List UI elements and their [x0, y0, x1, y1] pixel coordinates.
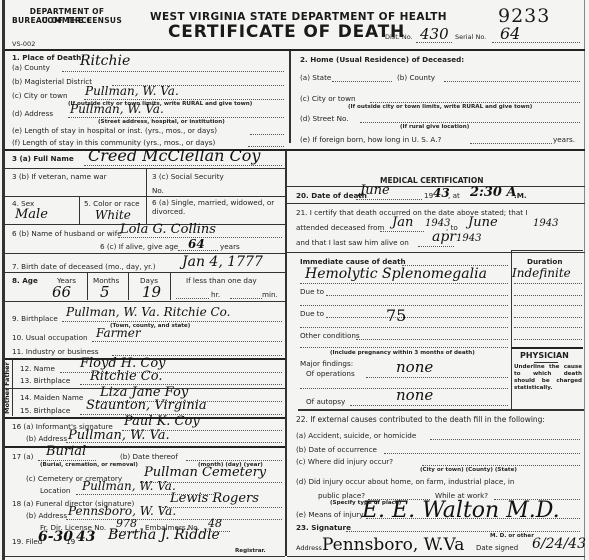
due-to-label-2: Due to	[300, 309, 324, 318]
where-label: (c) Where did injury occur?	[296, 457, 393, 466]
means-label: (e) Means of injury	[296, 510, 363, 519]
last-seen-value: apr	[432, 229, 456, 245]
mother-birthplace-value: Staunton, Virginia	[86, 398, 207, 413]
accident-label: (a) Accident, suicide, or homicide	[296, 431, 416, 440]
burial-label: 17 (a)	[12, 452, 33, 461]
date-signed-label: Date signed	[476, 544, 518, 552]
father-side-label: Father	[3, 362, 11, 386]
industry-label: 11. Industry or business	[12, 347, 99, 356]
address-label: (d) Address	[12, 109, 53, 118]
mother-birthplace-label: 15. Birthplace	[20, 406, 70, 415]
autopsy-label: Of autopsy	[306, 397, 345, 406]
home-street-label: (d) Street No.	[300, 114, 349, 123]
full-name-label: 3 (a) Full Name	[12, 154, 74, 163]
age-days-value: 19	[142, 283, 161, 301]
birthplace-value: Pullman, W. Va. Ritchie Co.	[66, 305, 231, 319]
immediate-cause-value: Hemolytic Splenomegalia	[305, 266, 487, 282]
cemetery-value: Pullman Cemetery	[144, 465, 266, 480]
certificate-title: CERTIFICATE OF DEATH	[168, 22, 405, 42]
dist-no-label: Dist. No.	[385, 33, 413, 41]
hr-label: hr.	[211, 290, 220, 299]
home-heading: 2. Home (Usual Residence) of Deceased:	[300, 55, 464, 64]
informant-signature-value: Paul K. Coy	[124, 414, 200, 429]
where-note: (City or town) (County) (State)	[420, 467, 517, 473]
immediate-cause-label: Immediate cause of death	[300, 257, 406, 266]
occurrence-label: (b) Date of occurrence	[296, 445, 377, 454]
operations-label: Of operations	[306, 369, 355, 378]
duration-label: Duration	[527, 257, 562, 266]
city-value: Pullman, W. Va.	[85, 84, 179, 98]
home-state-label: (a) State	[300, 73, 331, 82]
death-time-value: 2:30 A	[470, 185, 517, 200]
birth-date-label: 7. Birth date of deceased (mo., day, yr.…	[12, 262, 156, 271]
operations-value: none	[396, 358, 433, 376]
county-value: Ritchie	[80, 53, 130, 69]
date-signed-value: 6/24/43	[532, 536, 586, 552]
autopsy-value: none	[396, 386, 433, 404]
fd-address-label: (b) Address	[26, 511, 67, 520]
place-label: (d) Did injury occur about home, on farm…	[296, 477, 514, 486]
birth-date-value: Jan 4, 1777	[182, 254, 263, 270]
spouse-age-unit: years	[220, 242, 240, 251]
fd-address-value: Pennsboro, W. Va.	[68, 504, 176, 518]
location-value: Pullman, W. Va.	[82, 479, 176, 493]
burial-note: (Burial, cremation, or removal)	[40, 462, 138, 468]
registrar-signature: Bertha J. Riddle	[108, 527, 220, 543]
statistical-mark: 75	[386, 306, 406, 325]
marital-label: 6 (a) Single, married, widowed, or divor…	[152, 199, 287, 216]
dist-no: 430	[420, 25, 449, 43]
occupation-label: 10. Usual occupation	[12, 333, 88, 342]
attended-to-year: 1943	[533, 218, 558, 229]
birthplace-label: 9. Birthplace	[12, 314, 58, 323]
informant-address-label: (b) Address	[26, 434, 67, 443]
death-year-prefix: 19	[424, 191, 433, 200]
min-label: min.	[262, 290, 278, 299]
dept-line2: BUREAU OF THE CENSUS	[12, 16, 122, 25]
serial-no: 64	[500, 24, 520, 43]
age-years-value: 66	[52, 283, 71, 301]
medical-heading: MEDICAL CERTIFICATION	[380, 176, 483, 185]
home-city-note: (If outside city or town limits, write R…	[348, 104, 532, 110]
external-heading: 22. If external causes contributed to th…	[296, 415, 545, 424]
other-conditions-label: Other conditions	[300, 331, 360, 340]
md-note: M. D. or other	[490, 533, 534, 539]
last-seen-label: and that I last saw him alive on	[296, 238, 409, 247]
foreign-born-label: (e) If foreign born, how long in U. S. A…	[300, 135, 441, 144]
place-of-death-heading: 1. Place of Death:	[12, 53, 84, 62]
duration-value: Indefinite	[512, 266, 571, 280]
funeral-director-value: Lewis Rogers	[170, 491, 259, 506]
race-label: 5. Color or race	[84, 199, 140, 208]
informant-address-value: Pullman, W. Va.	[68, 428, 170, 443]
occupation-value: Farmer	[96, 326, 141, 340]
city-label: (c) City or town	[12, 91, 68, 100]
address-value: Pullman, W. Va.	[70, 102, 164, 116]
attended-from-value: Jan	[392, 215, 413, 230]
ssn-no-label: No.	[152, 186, 164, 195]
major-findings-label: Major findings:	[300, 359, 353, 368]
burial-date-label: (b) Date thereof	[120, 452, 178, 461]
father-name-label: 12. Name	[20, 364, 55, 373]
attended-to-value: June	[468, 215, 498, 230]
mother-side-label: Mother	[3, 388, 11, 414]
filed-year-prefix: 19	[66, 537, 75, 546]
stay-hospital-label: (e) Length of stay in hospital or inst. …	[12, 126, 217, 135]
last-seen-year: 1943	[456, 233, 481, 244]
home-city-label: (c) City or town	[300, 94, 356, 103]
age-label: 8. Age	[12, 276, 38, 285]
spouse-age-value: 64	[188, 237, 205, 251]
date-of-death-value: June	[360, 183, 390, 198]
ssn-label: 3 (c) Social Security	[152, 172, 224, 181]
physician-note: Underline the cause to which death shoul…	[514, 364, 582, 392]
left-border	[2, 0, 5, 560]
death-time-suffix: .M.	[514, 191, 527, 200]
spouse-value: Lola G. Collins	[120, 222, 216, 237]
location-label: Location	[40, 486, 70, 495]
filed-year-value: 43	[76, 529, 95, 545]
mother-name-label: 14. Maiden Name	[20, 393, 83, 402]
physician-heading: PHYSICIAN	[520, 351, 569, 360]
home-county-label: (b) County	[397, 73, 435, 82]
county-label: (a) County	[12, 63, 50, 72]
veteran-label: 3 (b) If veteran, name war	[12, 172, 107, 181]
father-birthplace-label: 13. Birthplace	[20, 376, 70, 385]
full-name-value: Creed McClellan Coy	[88, 146, 260, 165]
less-than-day-label: If less than one day	[186, 276, 257, 285]
serial-no-label: Serial No.	[455, 33, 486, 41]
form-number: VS-002	[12, 40, 35, 48]
race-value: White	[95, 208, 131, 222]
address-note: (Street address, hospital, or institutio…	[98, 119, 225, 125]
foreign-born-unit: years.	[553, 135, 575, 144]
home-street-note: (If rural give location)	[400, 124, 469, 130]
physician-signature: E. E. Walton M.D.	[362, 498, 560, 523]
magisterial-label: (b) Magisterial District	[12, 77, 92, 86]
death-certificate: DEPARTMENT OF COMMERCE BUREAU OF THE CEN…	[0, 0, 589, 560]
attended-label: attended deceased from	[296, 223, 384, 232]
signature-label: 23. Signature	[296, 523, 351, 532]
physician-address: Pennsboro, W.Va	[322, 535, 464, 555]
public-label: public place?	[318, 491, 365, 500]
burial-value: Burial	[46, 444, 86, 459]
sex-value: Male	[15, 207, 48, 222]
address-label-sig: Address	[296, 544, 322, 552]
due-to-label-1: Due to	[300, 287, 324, 296]
age-months-value: 5	[100, 283, 110, 301]
right-border	[584, 0, 585, 560]
spouse-label: 6 (b) Name of husband or wife	[12, 229, 122, 238]
father-birthplace-value: Ritchie Co.	[90, 369, 162, 384]
pregnancy-note: (Include pregnancy within 3 months of de…	[330, 350, 475, 356]
registrar-label: Registrar.	[235, 548, 266, 554]
at-label: , at	[448, 191, 460, 200]
spouse-age-label: 6 (c) If alive, give age	[100, 242, 178, 251]
